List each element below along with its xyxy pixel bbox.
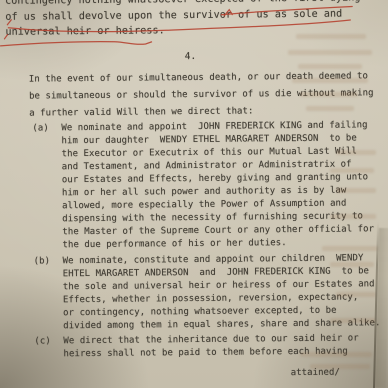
- bleed-through-mark: [288, 50, 372, 55]
- bleed-through-mark: [300, 92, 358, 97]
- bleed-through-mark: [300, 352, 372, 357]
- bleed-through-mark: [298, 64, 362, 69]
- bleed-through-mark: [306, 106, 354, 111]
- bleed-through-mark: [330, 214, 376, 219]
- bleed-through-mark: [296, 34, 366, 39]
- bleed-through-mark: [330, 168, 374, 173]
- bleed-through-mark: [336, 150, 376, 155]
- clause-label: (b): [34, 255, 51, 268]
- bleed-through-mark: [336, 188, 376, 193]
- bleed-through-mark: [310, 364, 370, 369]
- page-content: contingency nothing whatsoever excepted …: [0, 0, 388, 388]
- clause-b: (b) We nominate, constitute and appoint …: [34, 252, 381, 333]
- bleed-through-mark: [330, 318, 376, 323]
- section-number: 4.: [185, 51, 197, 62]
- bleed-through-mark: [322, 246, 378, 251]
- clause-label: (c): [34, 335, 51, 348]
- clause-c: (c) We direct that the inheritance due t…: [34, 332, 359, 361]
- clause-label: (a): [32, 122, 49, 135]
- clause-a: (a) We nominate and appoint JOHN FREDERI…: [32, 119, 374, 252]
- bleed-through-mark: [292, 78, 368, 83]
- catchword: attained/: [291, 368, 340, 378]
- document-photo: contingency nothing whatsoever excepted …: [0, 0, 388, 388]
- red-underline-heiress: [1, 41, 152, 46]
- bleed-through-mark: [336, 292, 376, 297]
- bleed-through-mark: [330, 262, 374, 267]
